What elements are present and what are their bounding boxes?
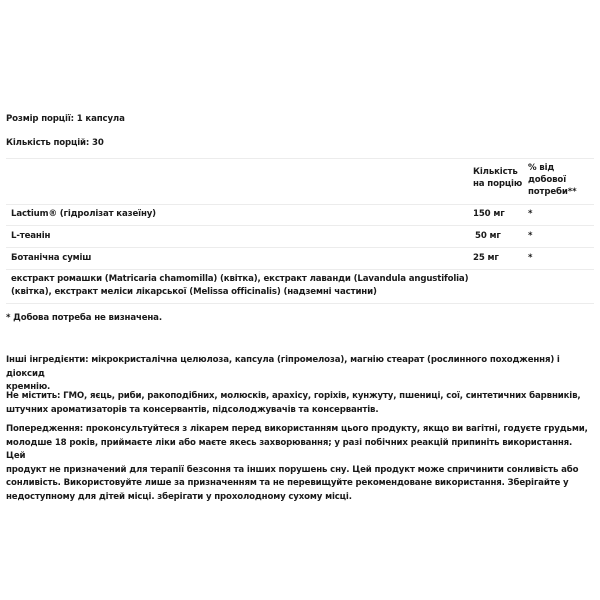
serving-size: Розмір порції: 1 капсула <box>6 114 125 124</box>
ingredient-amount: 50 мг <box>475 231 501 241</box>
botanical-blend-description: екстракт ромашки (Matricaria chamomilla)… <box>11 273 599 299</box>
servings-count: Кількість порцій: 30 <box>6 138 104 148</box>
divider <box>6 158 594 159</box>
divider <box>6 247 594 248</box>
ingredient-dv: * <box>528 253 532 263</box>
ingredient-name: L-теанін <box>11 231 50 241</box>
divider <box>6 204 594 205</box>
footnote: * Добова потреба не визначена. <box>6 313 162 323</box>
ingredient-dv: * <box>528 209 532 219</box>
free-from: Не містить: ГМО, яєць, риби, ракоподібни… <box>6 390 594 417</box>
divider <box>6 225 594 226</box>
header-amount-per-serving: Кількість на порцію <box>473 166 522 190</box>
divider <box>6 269 594 270</box>
ingredient-amount: 150 мг <box>473 209 505 219</box>
warning: Попередження: проконсультуйтеся з лікаре… <box>6 423 594 504</box>
ingredient-dv: * <box>528 231 532 241</box>
ingredient-amount: 25 мг <box>473 253 499 263</box>
ingredient-name: Ботанічна суміш <box>11 253 91 263</box>
ingredient-name: Lactium® (гідролізат казеїну) <box>11 209 156 219</box>
other-ingredients: Інші інгредієнти: мікрокристалічна целюл… <box>6 354 594 395</box>
divider <box>6 303 594 304</box>
header-daily-value: % від добової потреби** <box>528 162 576 198</box>
